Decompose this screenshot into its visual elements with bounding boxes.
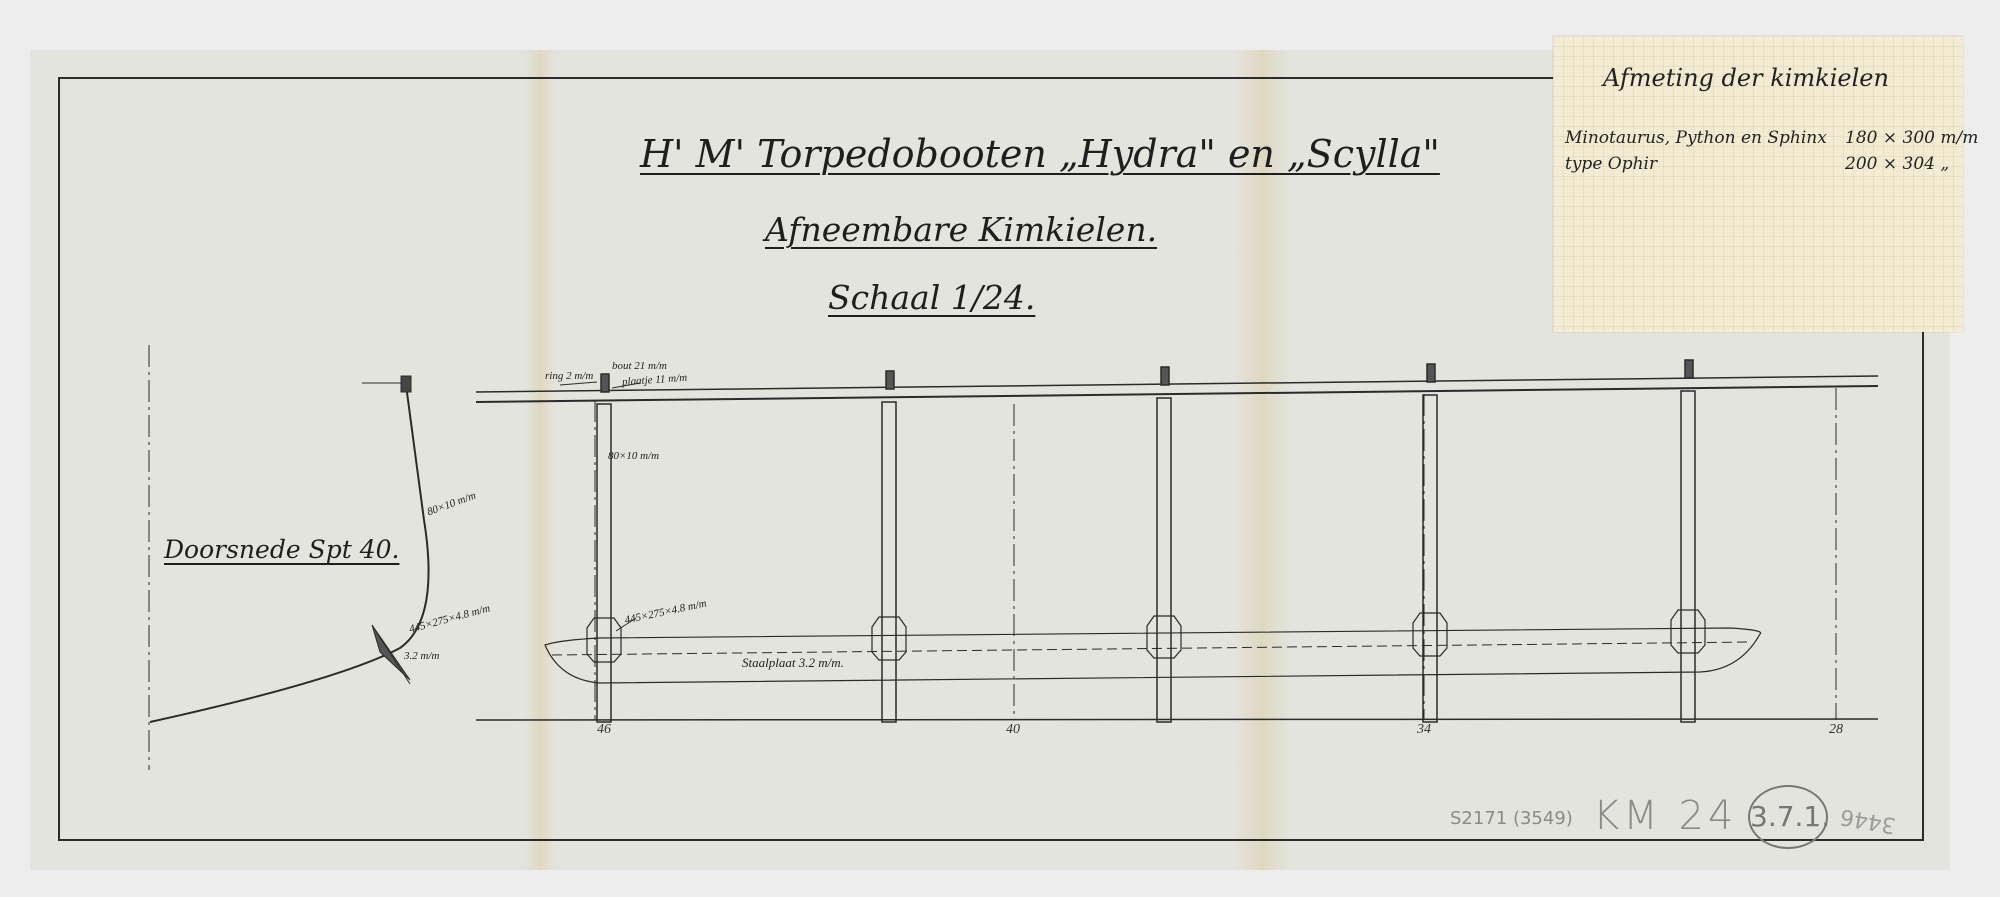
note-row-label: Minotaurus, Python en Sphinx (1565, 128, 1827, 148)
frame-number-40: 40 (1006, 722, 1020, 738)
frame-number-46: 46 (597, 722, 611, 738)
section-plate-annotation: 3.2 m/m (404, 650, 439, 662)
drawing-title: H' M' Torpedobooten „Hydra" en „Scylla" (640, 132, 1440, 176)
section-label: Doorsnede Spt 40. (164, 535, 399, 564)
note-heading: Afmeting der kimkielen (1603, 64, 1889, 92)
archive-reference-small: S2171 (3549) (1450, 808, 1573, 829)
steel-plate-annotation: Staalplaat 3.2 m/m. (742, 655, 844, 671)
drawing-subtitle: Afneembare Kimkielen. (765, 210, 1157, 249)
attached-note-card: Afmeting der kimkielen Minotaurus, Pytho… (1553, 36, 1963, 332)
archive-reference-circled: 3.7.1. (1748, 785, 1828, 849)
note-row-value: 180 × 300 m/m (1845, 128, 1978, 148)
bolt-annotation: bout 21 m/m (612, 360, 667, 372)
frame-number-28: 28 (1829, 722, 1843, 738)
frame-angle-annotation: 80×10 m/m (608, 450, 659, 462)
note-row-value: 200 × 304 „ (1845, 154, 1949, 174)
note-row-label: type Ophir (1565, 154, 1657, 174)
drawing-scale: Schaal 1/24. (828, 278, 1035, 317)
frame-number-34: 34 (1417, 722, 1431, 738)
ring-annotation: ring 2 m/m (545, 370, 593, 382)
archive-reference-main: KM 24 (1593, 793, 1737, 839)
